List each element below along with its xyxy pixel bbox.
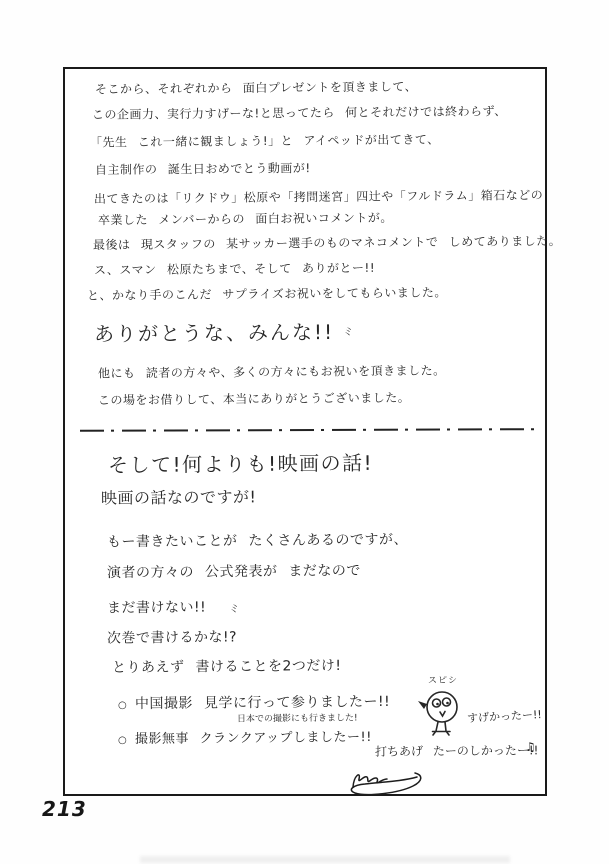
page-number: 213 xyxy=(42,797,87,821)
thanks-line: ありがとうな、みんな!! xyxy=(94,322,334,344)
handwritten-line: と、かなり手のこんだ サプライズお祝いをしてもらいました。 xyxy=(87,286,447,301)
handwritten-line: 他にも 読者の方々や、多くの方々にもお祝いを頂きました。 xyxy=(98,364,446,379)
tear-doodle-mark: ミ xyxy=(342,327,355,339)
handwritten-line: もー書きたいことが たくさんあるのですが、 xyxy=(107,533,408,550)
chick-speech-text: すげかったー!! xyxy=(467,709,542,724)
handwritten-line: 自主制作の 誕生日おめでとう動画が! xyxy=(95,162,311,176)
page-edge-showthrough xyxy=(140,856,510,863)
author-signature xyxy=(343,767,427,799)
music-note-doodle: ♫ xyxy=(525,741,536,753)
dashed-divider xyxy=(80,428,542,432)
handwritten-line: 次巻で書けるかな!? xyxy=(107,630,237,645)
handwritten-line: 演者の方々の 公式発表が まだなので xyxy=(107,564,361,580)
tear-doodle-mark: ミ xyxy=(228,604,241,616)
movie-subheading: 映画の話なのですが! xyxy=(101,489,257,506)
handwritten-line: 「先生 これ一緒に観ましょう!」と アイペッドが出てきて、 xyxy=(90,133,440,148)
bullet-circle: ○ xyxy=(118,701,127,711)
handwritten-line: そこから、それぞれから 面白プレゼントを頂きまして、 xyxy=(95,81,417,96)
bullet-line: 中国撮影 見学に行って参りましたー!! xyxy=(135,695,390,711)
letter-frame: そこから、それぞれから 面白プレゼントを頂きまして、 この企画力、実行力すげーな… xyxy=(63,67,547,796)
handwritten-line: まだ書けない!! xyxy=(107,601,206,616)
chick-bird-doodle xyxy=(415,685,467,739)
handwritten-line: ス、スマン 松原たちまで、そして ありがとー!! xyxy=(94,262,375,276)
bullet-line: 撮影無事 クランクアップしましたー!! xyxy=(135,731,372,746)
handwritten-line: 最後は 現スタッフの 某サッカー選手のものマネコメントで しめてありました。 xyxy=(93,235,561,251)
handwritten-line: この企画力、実行力すげーな!と思ってたら 何とそれだけでは終わらず、 xyxy=(92,105,507,121)
bullet-circle: ○ xyxy=(118,736,127,746)
bullet-tail-note: 打ちあげ たーのしかったー!! xyxy=(375,744,539,757)
handwritten-line: とりあえず 書けることを2つだけ! xyxy=(112,659,342,675)
handwritten-line: 出てきたのは「リクドウ」松原や「拷問迷宮」四辻や「フルドラム」箱石などの xyxy=(94,189,543,205)
handwritten-line: この場をお借りして、本当にありがとうございました。 xyxy=(98,392,410,407)
handwritten-line: 卒業した メンバーからの 面白お祝いコメントが。 xyxy=(98,212,393,227)
scanned-afterword-page: { "page_number": "213", "colors": { "ink… xyxy=(0,0,609,864)
movie-heading: そして!何よりも!映画の話! xyxy=(108,453,373,475)
bullet-footnote: 日本での撮影にも行きました! xyxy=(237,714,358,724)
